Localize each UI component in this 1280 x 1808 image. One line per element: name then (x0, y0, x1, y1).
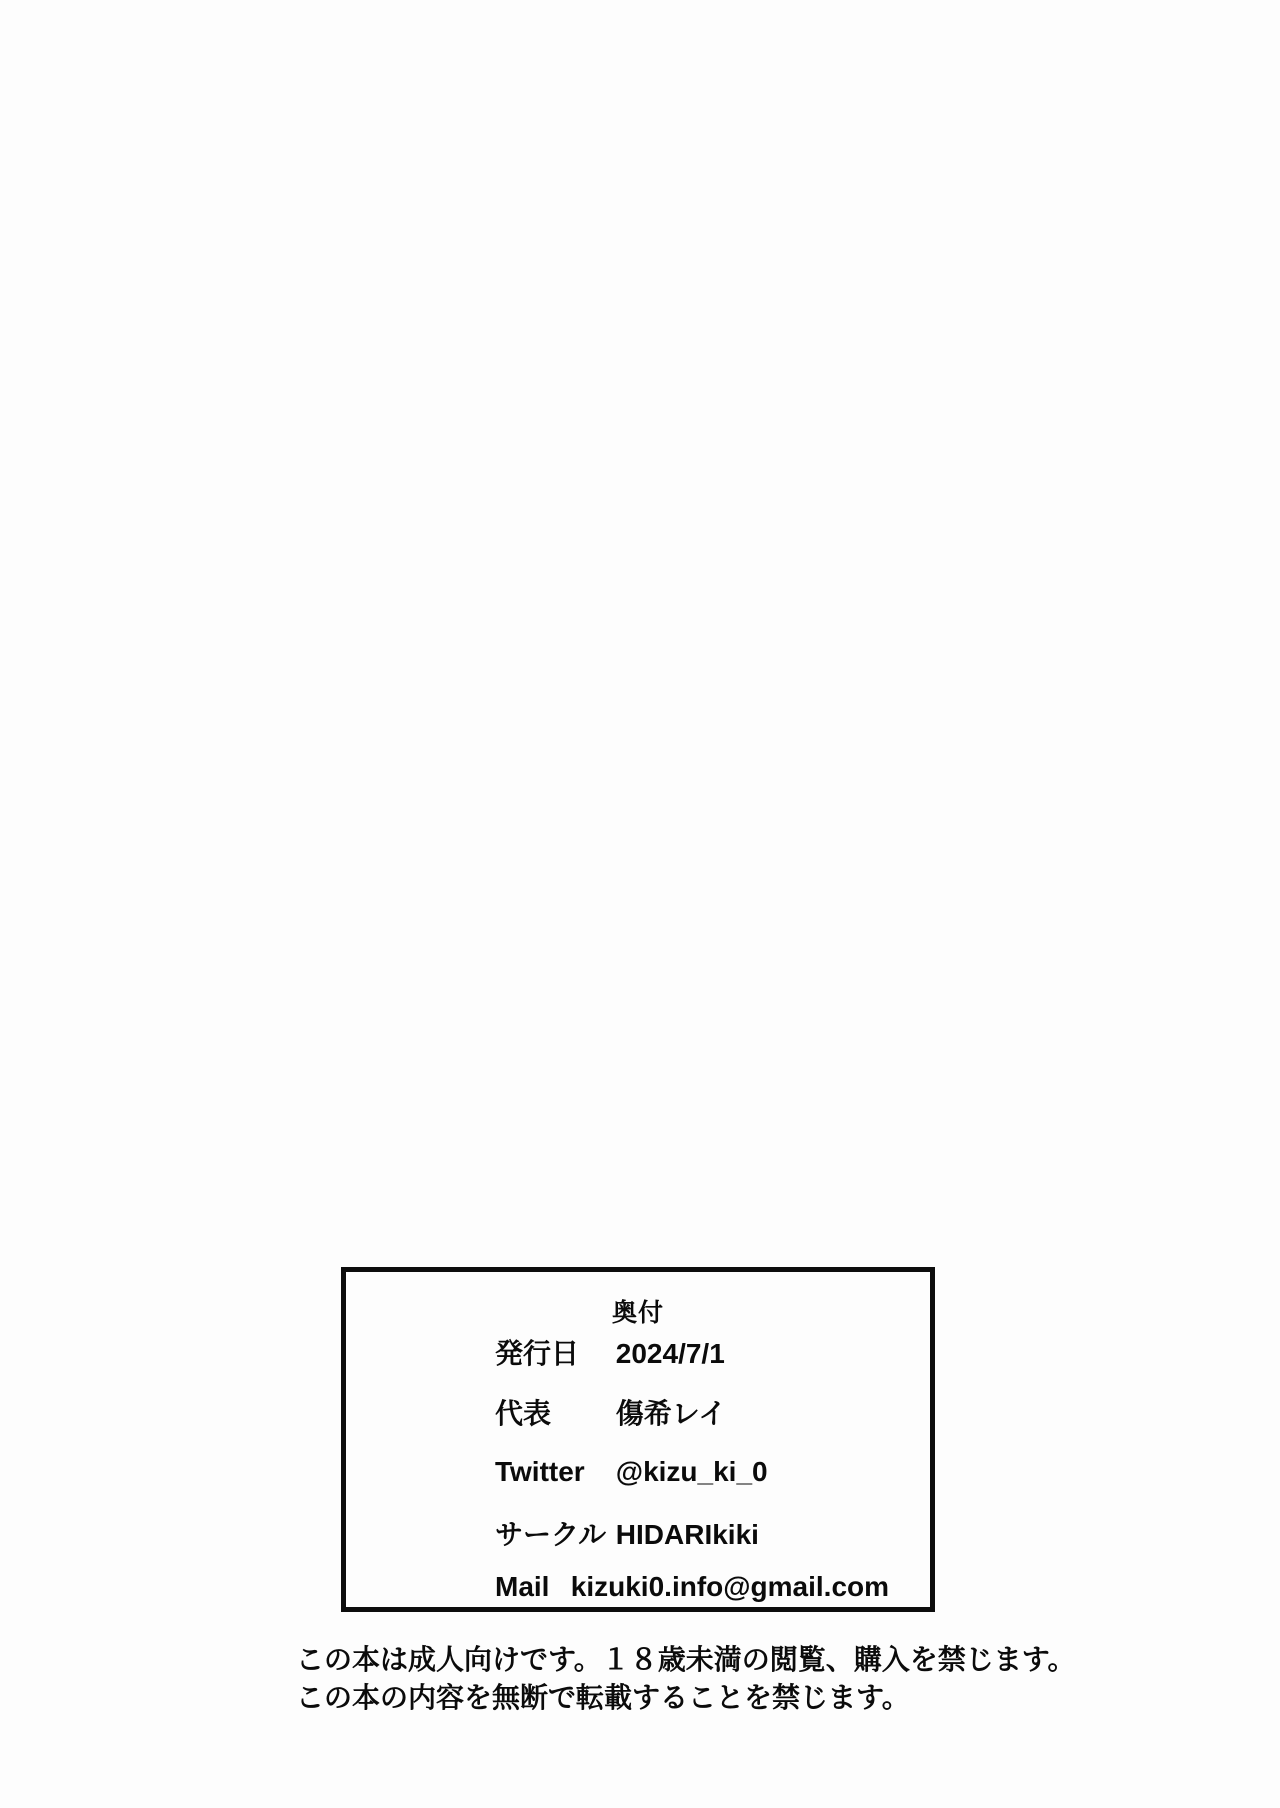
adult-warning-text: この本は成人向けです。１８歳未満の閲覧、購入を禁じます。 (296, 1644, 1076, 1678)
colophon-row-mail: Mail kizuki0.info@gmail.com (495, 1573, 889, 1601)
representative-value: 傷希レイ (616, 1398, 727, 1429)
colophon-row-circle: サークル HIDARIkiki (495, 1521, 759, 1549)
colophon-page: 奥付 発行日 2024/7/1 代表 傷希レイ Twitter @kizu_ki… (0, 0, 1280, 1808)
representative-label: 代表 (495, 1400, 608, 1428)
publish-date-value: 2024/7/1 (616, 1338, 725, 1369)
colophon-row-twitter: Twitter @kizu_ki_0 (495, 1458, 768, 1486)
mail-label: Mail (495, 1573, 563, 1601)
colophon-box: 奥付 発行日 2024/7/1 代表 傷希レイ Twitter @kizu_ki… (341, 1267, 935, 1612)
twitter-handle: @kizu_ki_0 (616, 1456, 768, 1487)
colophon-row-publish-date: 発行日 2024/7/1 (495, 1340, 725, 1368)
circle-label: サークル (495, 1521, 608, 1549)
mail-address: kizuki0.info@gmail.com (571, 1571, 889, 1602)
circle-name: HIDARIkiki (616, 1519, 759, 1550)
no-reproduction-text: この本の内容を無断で転載することを禁じます。 (296, 1682, 910, 1716)
publish-date-label: 発行日 (495, 1340, 608, 1368)
colophon-title: 奥付 (346, 1293, 930, 1329)
colophon-row-representative: 代表 傷希レイ (495, 1400, 726, 1428)
twitter-label: Twitter (495, 1458, 608, 1486)
